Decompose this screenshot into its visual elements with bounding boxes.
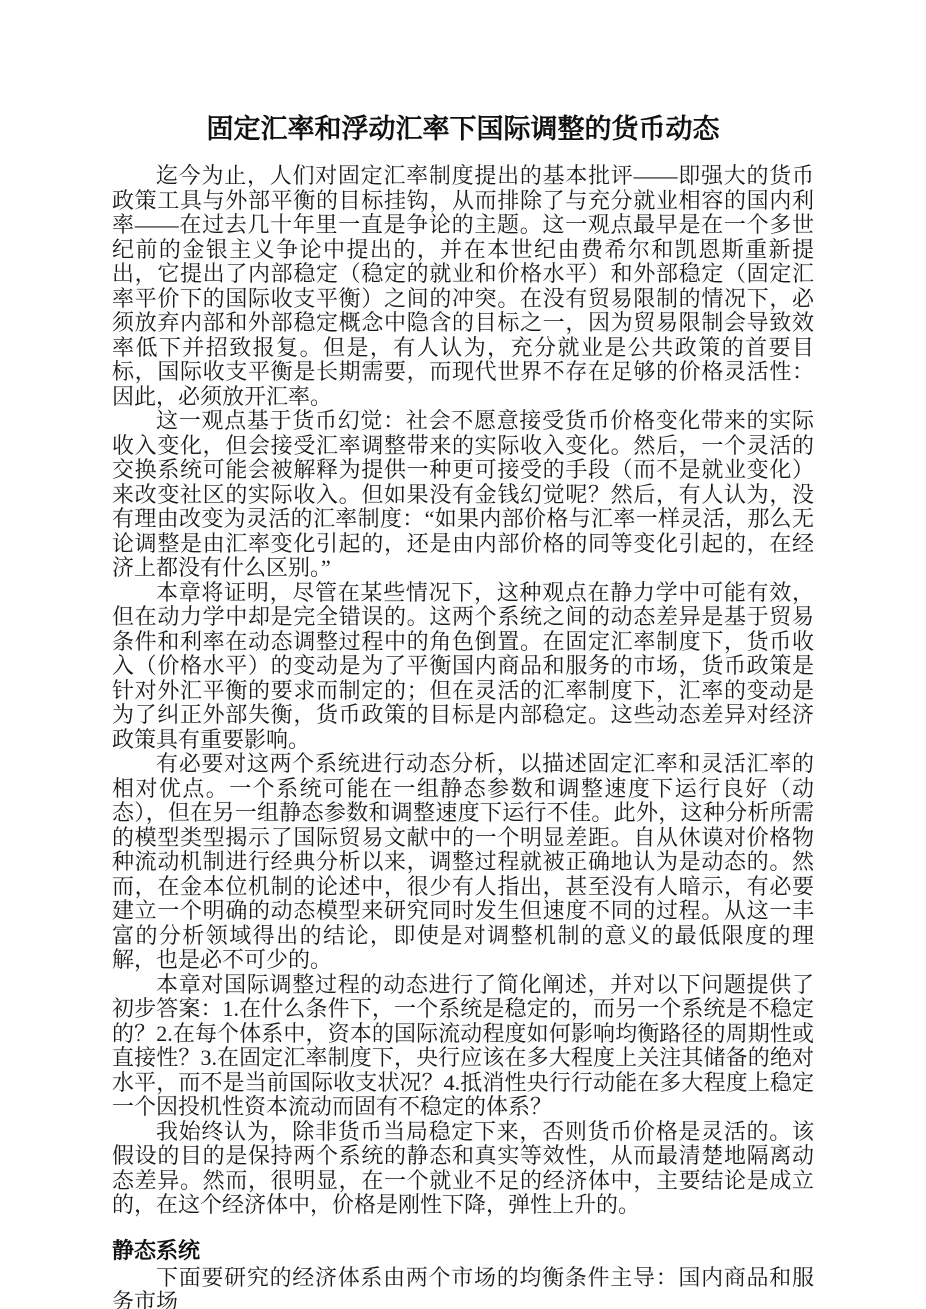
document-title: 固定汇率和浮动汇率下国际调整的货币动态 — [112, 110, 814, 148]
page-content: 固定汇率和浮动汇率下国际调整的货币动态 迄今为止，人们对固定汇率制度提出的基本批… — [112, 110, 814, 1309]
body-paragraph: 迄今为止，人们对固定汇率制度提出的基本批评——即强大的货币政策工具与外部平衡的目… — [112, 164, 814, 409]
body-paragraph: 有必要对这两个系统进行动态分析，以描述固定汇率和灵活汇率的相对优点。一个系统可能… — [112, 752, 814, 973]
body-paragraph: 我始终认为，除非货币当局稳定下来，否则货币价格是灵活的。该假设的目的是保持两个系… — [112, 1120, 814, 1218]
body-paragraph: 本章将证明，尽管在某些情况下，这种观点在静力学中可能有效，但在动力学中却是完全错… — [112, 581, 814, 753]
section-heading-static-system: 静态系统 — [112, 1238, 814, 1264]
body-paragraph: 下面要研究的经济体系由两个市场的均衡条件主导：国内商品和服务市场 — [112, 1266, 814, 1309]
document-page: 固定汇率和浮动汇率下国际调整的货币动态 迄今为止，人们对固定汇率制度提出的基本批… — [0, 0, 926, 1309]
body-paragraph: 这一观点基于货币幻觉：社会不愿意接受货币价格变化带来的实际收入变化，但会接受汇率… — [112, 409, 814, 581]
body-paragraph: 本章对国际调整过程的动态进行了简化阐述，并对以下问题提供了初步答案：1.在什么条… — [112, 973, 814, 1120]
